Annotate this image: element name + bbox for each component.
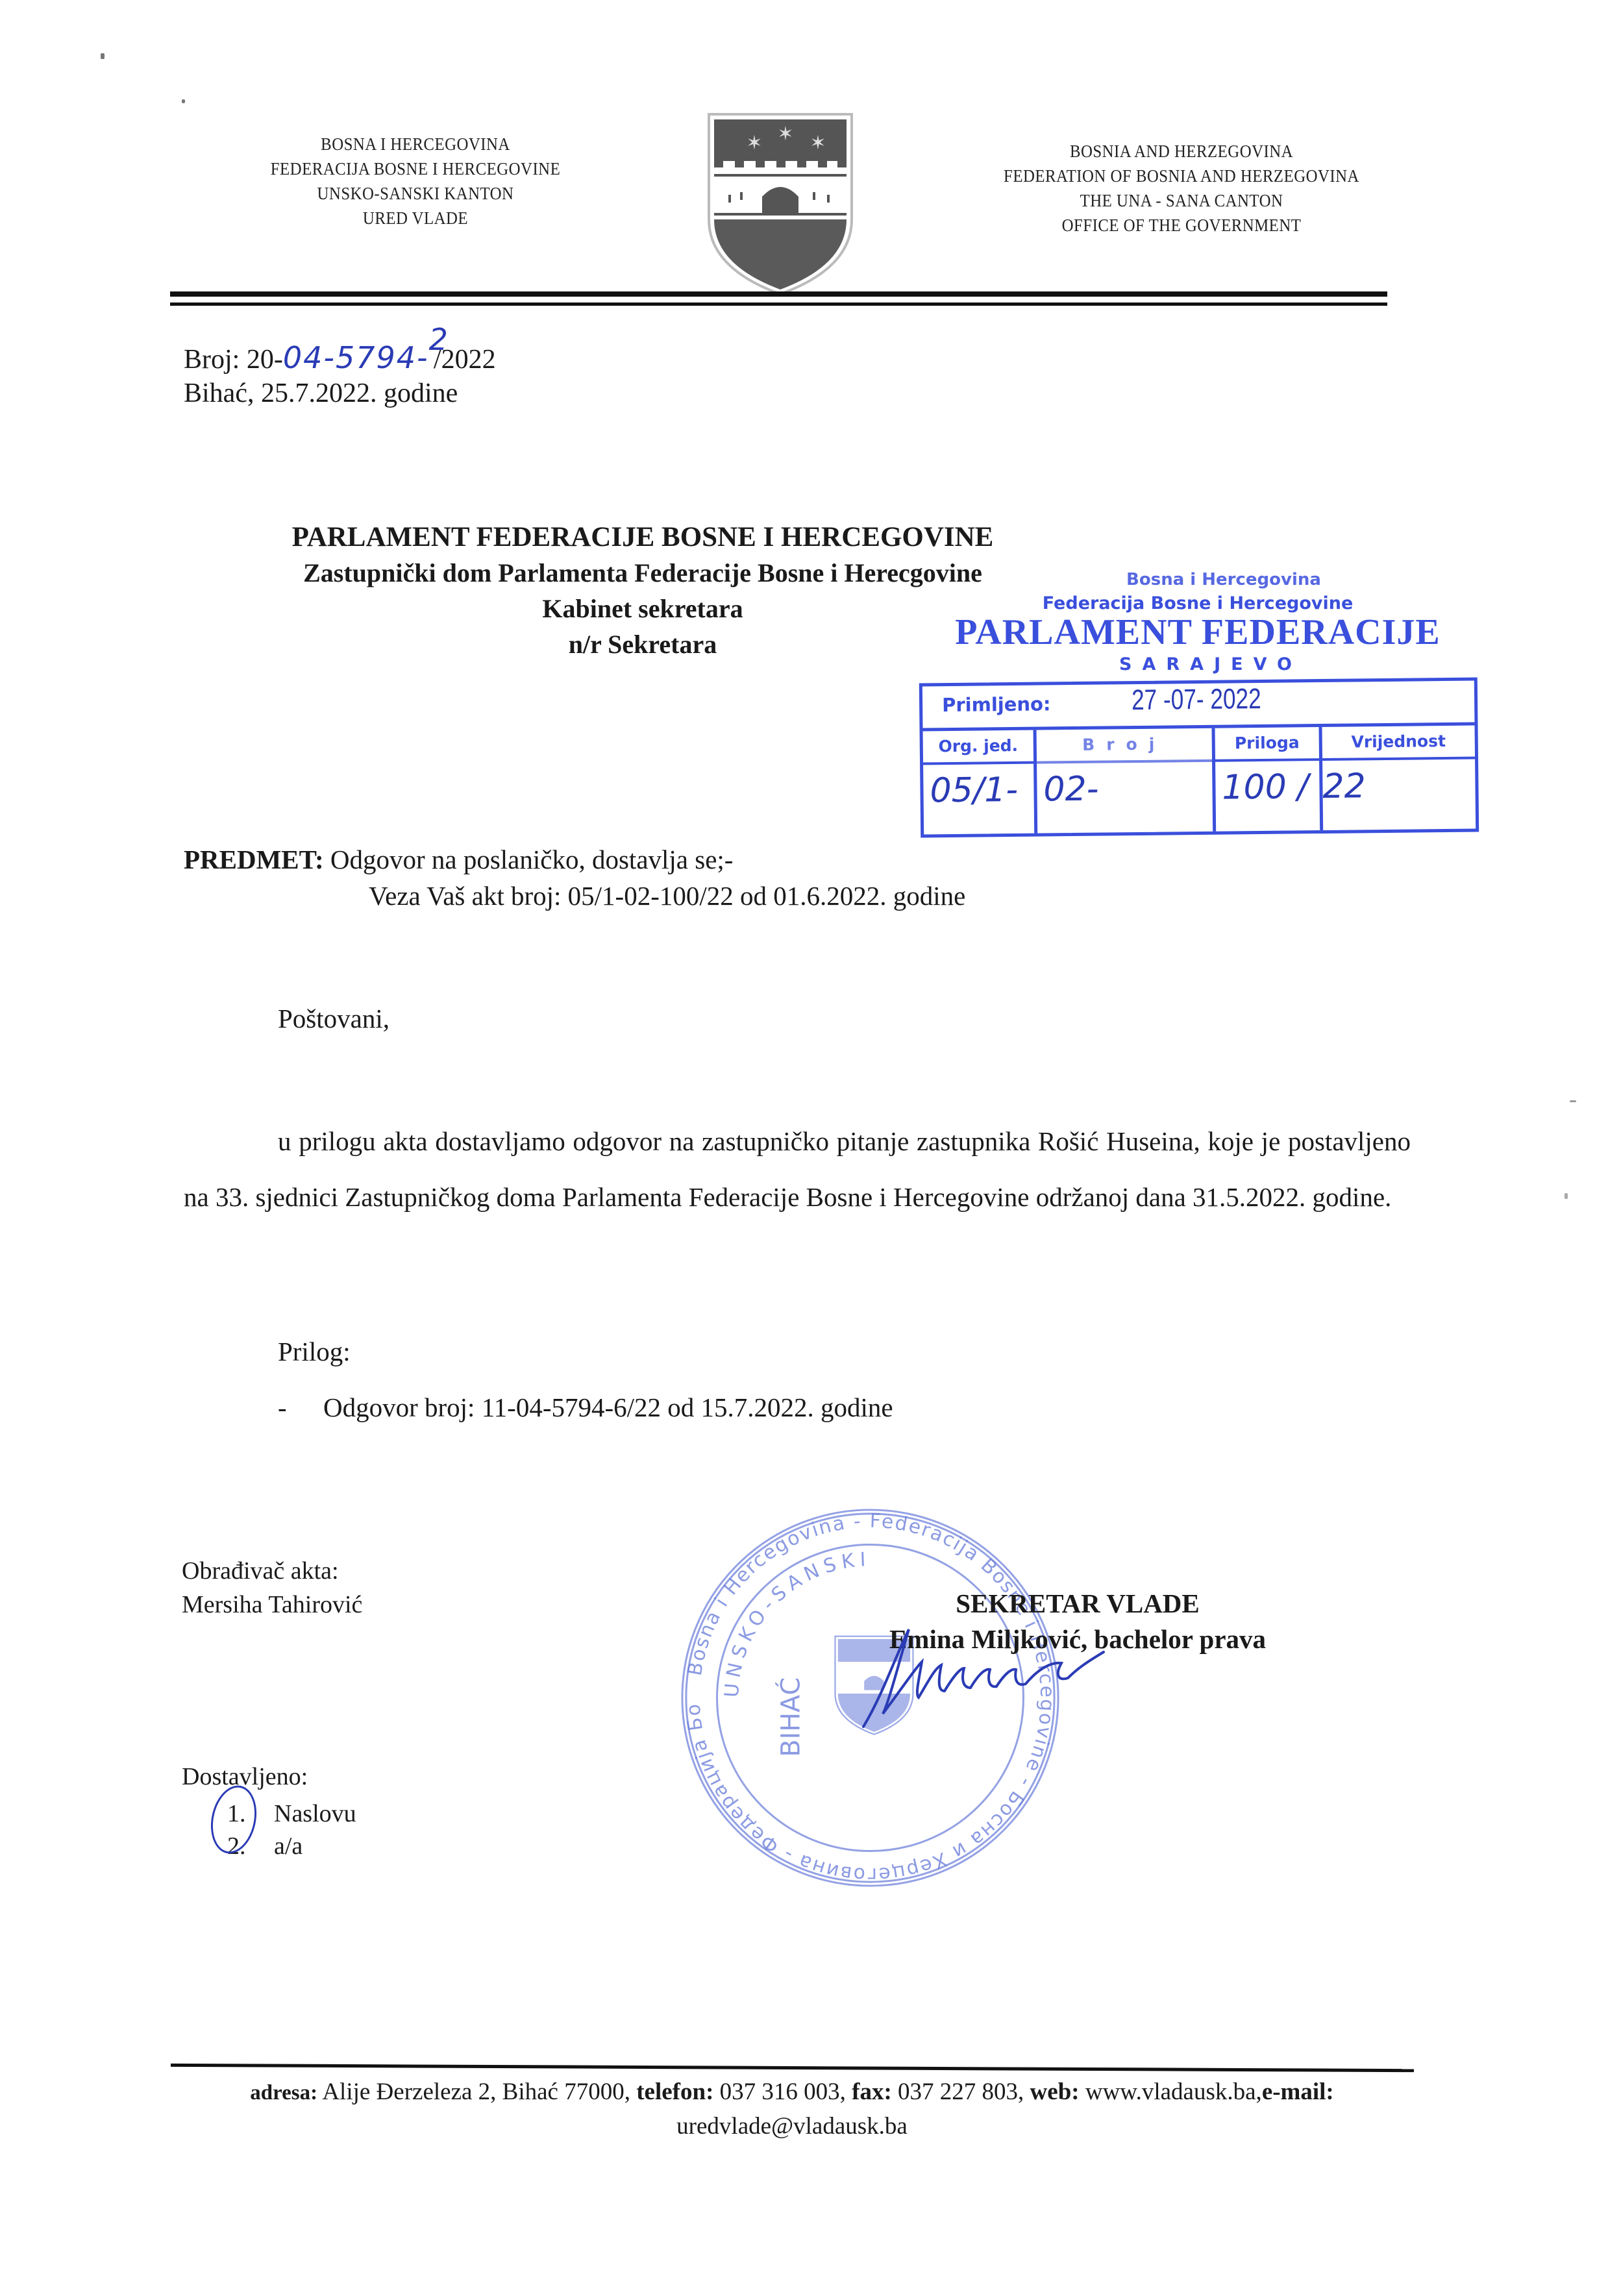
- bullet-dash: -: [278, 1392, 323, 1423]
- svg-text:✶: ✶: [810, 132, 826, 154]
- stamp-column-label: Org. jed.: [923, 730, 1034, 765]
- stamp-column-label: Broj: [1037, 728, 1213, 764]
- phone-label: telefon:: [636, 2079, 713, 2105]
- header-rule: [170, 291, 1387, 297]
- stamp-column: Priloga 100 /: [1215, 727, 1324, 832]
- handwritten-number: 04-5794-: [283, 340, 429, 375]
- stamp-received-row: Primljeno: 27 -07- 2022: [922, 681, 1475, 732]
- letterhead-right: BOSNIA AND HERZEGOVINA FEDERATION OF BOS…: [919, 139, 1444, 238]
- reception-stamp: Bosna i Hercegovina Federacija Bosne i H…: [912, 565, 1483, 837]
- stamp-column-value: 100 /: [1222, 767, 1309, 807]
- scan-speck: [1565, 1193, 1568, 1199]
- coat-of-arms-icon: ✶✶✶: [702, 109, 858, 297]
- stamp-column-label: Vrijednost: [1322, 726, 1476, 761]
- email-link[interactable]: uredvlade@vladausk.ba: [676, 2113, 908, 2140]
- web-link[interactable]: www.vladausk.ba,: [1085, 2079, 1262, 2105]
- processor-label: Obrađivač akta:: [182, 1555, 339, 1587]
- attachment-text: Odgovor broj: 11-04-5794-6/22 od 15.7.20…: [323, 1392, 893, 1422]
- stamp-column-label: Priloga: [1215, 727, 1320, 762]
- reference-prefix: Broj: 20-: [184, 345, 283, 375]
- subject-reference: Veza Vaš akt broj: 05/1-02-100/22 od 01.…: [369, 878, 965, 914]
- stamp-header: Bosna i Hercegovina: [938, 570, 1509, 589]
- stamp-grid: Org. jed. 05/1- Broj 02- Priloga 100 / V…: [923, 726, 1476, 835]
- svg-text:✶: ✶: [777, 123, 793, 145]
- letterhead-line: UNSKO-SANSKI KANTON: [230, 181, 600, 206]
- svg-text:BIHAĆ: BIHAĆ: [775, 1677, 806, 1757]
- scan-speck: [1570, 1100, 1576, 1102]
- letterhead-line: FEDERACIJA BOSNE I HERCEGOVINE: [230, 156, 600, 181]
- letterhead-line: BOSNA I HERCEGOVINA: [230, 132, 600, 156]
- stamp-column: Vrijednost 22: [1322, 726, 1476, 830]
- web-label: web:: [1030, 2079, 1080, 2105]
- subject-label: PREDMET:: [184, 845, 324, 874]
- scan-speck: [101, 53, 105, 59]
- fax: 037 227 803,: [898, 2079, 1024, 2105]
- attachment-label: Prilog:: [278, 1336, 1505, 1367]
- footer-rule: [171, 2064, 1414, 2072]
- letterhead-line: BOSNIA AND HERZEGOVINA: [919, 139, 1444, 164]
- letterhead-line: OFFICE OF THE GOVERNMENT: [919, 213, 1444, 238]
- received-label: Primljeno:: [942, 693, 1051, 716]
- handwritten-sub-number: 2: [429, 322, 448, 357]
- subject-line: PREDMET: Odgovor na poslaničko, dostavlj…: [184, 841, 733, 878]
- address: Alije Đerzeleza 2, Bihać 77000,: [322, 2079, 630, 2105]
- received-date: 27 -07- 2022: [1132, 683, 1261, 717]
- svg-text:✶: ✶: [746, 132, 762, 154]
- attachment-item: -Odgovor broj: 11-04-5794-6/22 od 15.7.2…: [278, 1392, 1505, 1423]
- handwritten-signature-icon: [837, 1616, 1110, 1740]
- stamp-column-value: 22: [1322, 767, 1366, 806]
- subject-text: Odgovor na poslaničko, dostavlja se;-: [330, 845, 734, 874]
- footer-contact: adresa: Alije Đerzeleza 2, Bihać 77000, …: [214, 2075, 1370, 2143]
- stamp-column-value: 05/1-: [930, 771, 1018, 810]
- processor-name: Mersiha Tahirović: [182, 1588, 362, 1621]
- email-label: e-mail:: [1262, 2079, 1334, 2105]
- place-date: Bihać, 25.7.2022. godine: [184, 375, 458, 412]
- stamp-header: Federacija Bosne i Hercegovine: [912, 593, 1483, 613]
- reference-number: Broj: 20-04-5794-2/2022: [184, 339, 496, 378]
- stamp-header: PARLAMENT FEDERACIJE: [912, 611, 1483, 653]
- letterhead-line: THE UNA - SANA CANTON: [919, 188, 1444, 213]
- distribution-text: Naslovu: [274, 1800, 356, 1827]
- stamp-column: Org. jed. 05/1-: [923, 730, 1038, 835]
- distribution-text: a/a: [274, 1833, 303, 1860]
- scan-speck: [182, 99, 185, 103]
- letterhead-left: BOSNA I HERCEGOVINA FEDERACIJA BOSNE I H…: [230, 132, 600, 230]
- address-label: adresa:: [250, 2081, 317, 2105]
- stamp-grid-box: Primljeno: 27 -07- 2022 Org. jed. 05/1- …: [919, 678, 1479, 838]
- stamp-column-value: 02-: [1043, 770, 1099, 809]
- letterhead-line: URED VLADE: [230, 206, 600, 230]
- stamp-column: Broj 02-: [1037, 728, 1217, 833]
- phone: 037 316 003,: [720, 2079, 846, 2105]
- salutation: Poštovani,: [278, 1003, 1505, 1034]
- fax-label: fax:: [852, 2079, 892, 2105]
- body-paragraph: u prilogu akta dostavljamo odgovor na za…: [184, 1113, 1411, 1225]
- header-rule: [170, 302, 1387, 306]
- letterhead-line: FEDERATION OF BOSNIA AND HERZEGOVINA: [919, 164, 1444, 188]
- addressee-line: PARLAMENT FEDERACIJE BOSNE I HERCEGOVINE: [221, 519, 1065, 555]
- stamp-header: SARAJEVO: [925, 654, 1496, 674]
